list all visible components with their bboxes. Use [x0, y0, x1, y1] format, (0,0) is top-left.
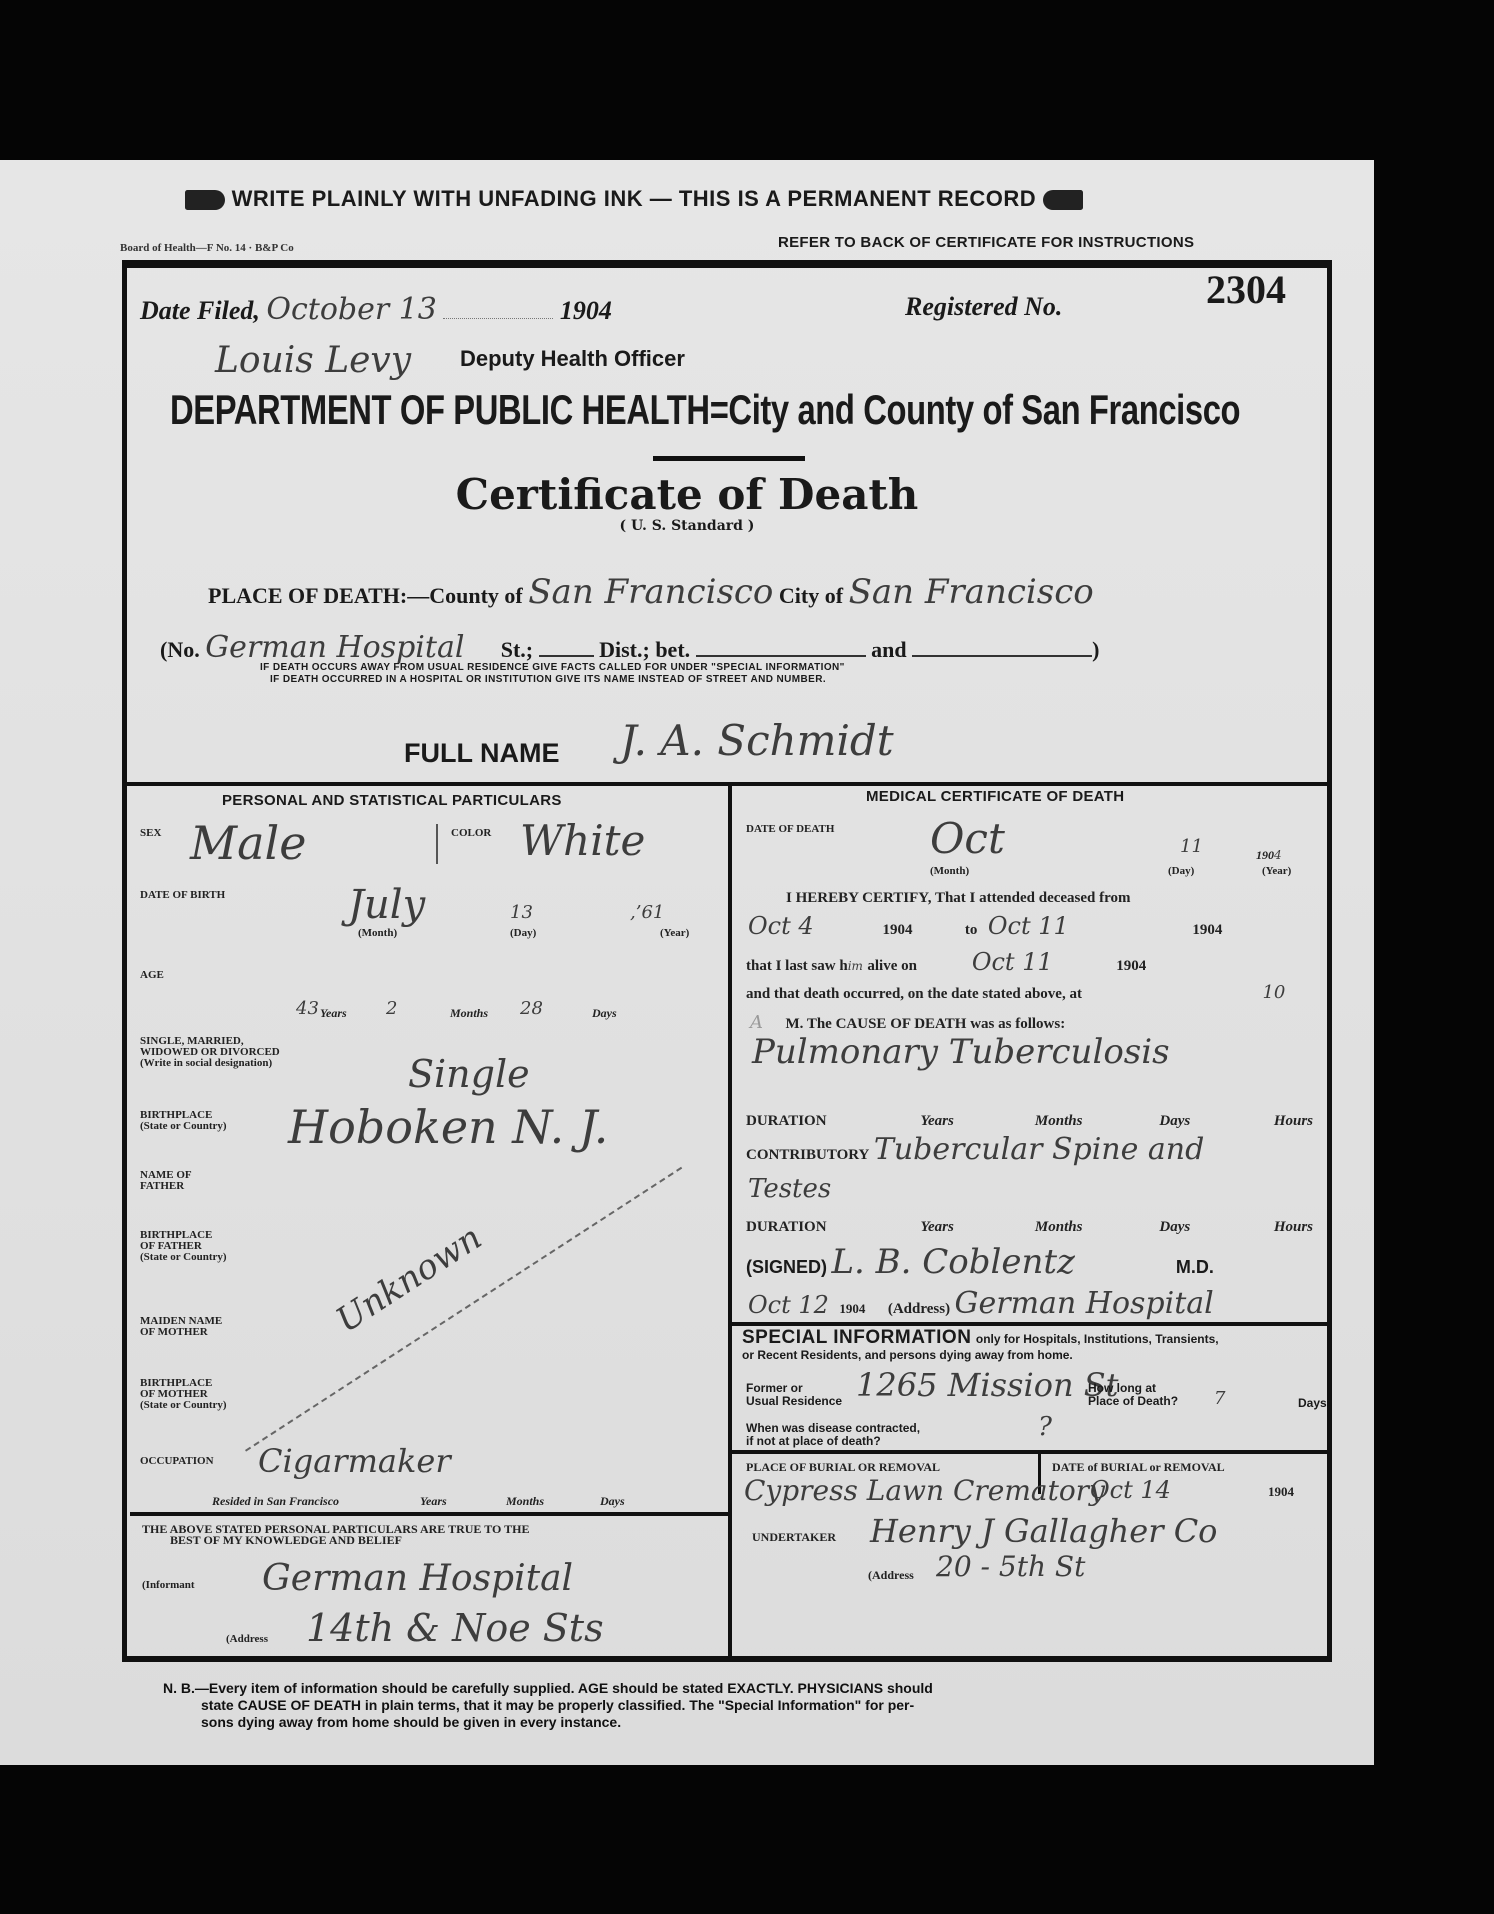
burial-divider — [732, 1450, 1329, 1454]
st-label: St.; — [501, 637, 533, 662]
dod-year-prefix: 190 — [1256, 848, 1274, 862]
father-birthplace-label: BIRTHPLACE OF FATHER (State or Country) — [140, 1230, 227, 1263]
dod-year-caption: (Year) — [1262, 866, 1291, 877]
officer-title: Deputy Health Officer — [460, 346, 685, 372]
contributory-value-1: Tubercular Spine and — [874, 1132, 1204, 1167]
age-days-caption: Days — [592, 1006, 617, 1021]
informant-address: 14th & Noe Sts — [306, 1606, 604, 1650]
dob-month: July — [348, 882, 425, 928]
death-occurred-text: and that death occurred, on the date sta… — [746, 986, 1258, 1003]
place-note-line-1: IF DEATH OCCURS AWAY FROM USUAL RESIDENC… — [260, 662, 845, 674]
special-heading-rest: only for Hospitals, Institutions, Transi… — [976, 1332, 1219, 1346]
to-label: to — [965, 922, 978, 938]
last-saw-label: that I last saw h — [746, 958, 848, 974]
sex-value: Male — [190, 816, 306, 870]
mother-label-2: OF MOTHER — [140, 1327, 222, 1338]
medical-heading: MEDICAL CERTIFICATE OF DEATH — [866, 788, 1124, 805]
burial-year: 1904 — [1268, 1484, 1294, 1500]
undertaker-address-label: (Address — [868, 1570, 914, 1581]
duration-row-2: DURATION Years Months Days Hours — [746, 1218, 1326, 1236]
full-name-value: J. A. Schmidt — [620, 716, 894, 765]
birthplace-label: BIRTHPLACE (State or Country) — [140, 1110, 227, 1132]
month-caption: (Month) — [358, 928, 397, 939]
duration-months: Months — [1035, 1113, 1155, 1130]
full-name-label: FULL NAME — [404, 738, 560, 769]
signed-year: 1904 — [833, 1301, 883, 1316]
age-years-caption: Years — [320, 1006, 347, 1021]
dod-label: DATE OF DEATH — [746, 824, 834, 835]
death-time-line: and that death occurred, on the date sta… — [746, 982, 1326, 1003]
nb-line-1: N. B.—Every item of information should b… — [163, 1680, 1243, 1697]
contributory-label: CONTRIBUTORY — [746, 1147, 869, 1163]
date-filed: Date Filed, October 13 1904 — [140, 292, 612, 327]
informant-address-label: (Address — [226, 1634, 268, 1645]
contributory-value-2: Testes — [748, 1174, 831, 1204]
duration-years-2: Years — [920, 1219, 1030, 1236]
dod-year-suffix: 4 — [1274, 848, 1282, 862]
signed-date: Oct 12 — [748, 1291, 829, 1319]
pointing-hand-icon — [185, 190, 225, 210]
contracted-label: When was disease contracted, if not at p… — [746, 1422, 920, 1448]
place-note: IF DEATH OCCURS AWAY FROM USUAL RESIDENC… — [260, 662, 845, 686]
pointing-hand-icon — [1043, 190, 1083, 210]
attended-dates: Oct 4 1904 to Oct 11 1904 — [748, 912, 1318, 940]
age-days: 28 — [520, 998, 543, 1019]
address-line: (No. German Hospital St.; Dist.; bet. an… — [160, 630, 1099, 665]
duration-label-2: DURATION — [746, 1219, 916, 1236]
father-label-2: FATHER — [140, 1181, 192, 1192]
death-certificate-paper: WRITE PLAINLY WITH UNFADING INK — THIS I… — [0, 160, 1374, 1765]
contributory-line: CONTRIBUTORY Tubercular Spine and — [746, 1132, 1326, 1167]
dob-year: ,’61 — [630, 902, 664, 923]
date-filed-year: 1904 — [560, 296, 612, 325]
how-long-label-2: Place of Death? — [1088, 1395, 1178, 1408]
age-months: 2 — [386, 998, 397, 1019]
registered-no: 2304 — [1206, 266, 1286, 313]
dob-label: DATE OF BIRTH — [140, 890, 225, 901]
date-filed-label: Date Filed, — [140, 296, 260, 325]
mother-birthplace-label: BIRTHPLACE OF MOTHER (State or Country) — [140, 1378, 227, 1411]
marital-label: SINGLE, MARRIED, WIDOWED OR DIVORCED (Wr… — [140, 1036, 280, 1069]
birthplace-value: Hoboken N. J. — [288, 1100, 608, 1154]
bottom-rule — [126, 1656, 1329, 1662]
contracted-value: ? — [1038, 1412, 1052, 1442]
last-saw-year: 1904 — [1116, 958, 1146, 974]
last-saw-date: Oct 11 — [972, 948, 1112, 976]
duration-days: Days — [1159, 1113, 1269, 1130]
marital-label-3: (Write in social designation) — [140, 1058, 280, 1069]
duration-hours-2: Hours — [1274, 1219, 1313, 1235]
dist-label: Dist.; bet. — [599, 637, 690, 662]
day-caption: (Day) — [510, 928, 536, 939]
attended-from-year: 1904 — [882, 922, 960, 939]
physician-address: German Hospital — [955, 1286, 1214, 1321]
nb-note: N. B.—Every item of information should b… — [163, 1680, 1243, 1731]
special-heading-title: SPECIAL INFORMATION — [742, 1327, 971, 1348]
informant-name: German Hospital — [262, 1558, 573, 1599]
signed-date-line: Oct 12 1904 (Address) German Hospital — [748, 1286, 1328, 1321]
physician-address-label: (Address) — [888, 1301, 950, 1317]
undertaker-label: UNDERTAKER — [752, 1532, 836, 1543]
duration-months-2: Months — [1035, 1219, 1155, 1236]
burial-place: Cypress Lawn Crematory — [744, 1474, 1105, 1507]
informant-statement-2: BEST OF MY KNOWLEDGE AND BELIEF — [142, 1535, 529, 1546]
mother-name-label: MAIDEN NAME OF MOTHER — [140, 1316, 222, 1338]
residence-label: Former or Usual Residence — [746, 1382, 842, 1408]
how-long-days: Days — [1298, 1396, 1327, 1410]
last-saw-him: im — [848, 959, 863, 973]
informant-statement: THE ABOVE STATED PERSONAL PARTICULARS AR… — [142, 1524, 529, 1546]
and-label: and — [871, 637, 906, 662]
attended-to: Oct 11 — [982, 912, 1188, 940]
how-long-label: How long at Place of Death? — [1088, 1382, 1178, 1408]
place-of-death-label: PLACE OF DEATH:—County of — [208, 583, 523, 608]
field-divider — [436, 824, 438, 864]
officer-signature: Louis Levy — [215, 340, 411, 381]
cause-value: Pulmonary Tuberculosis — [752, 1032, 1170, 1072]
age-label: AGE — [140, 970, 164, 981]
father-birthplace-label-3: (State or Country) — [140, 1252, 227, 1263]
burial-place-label: PLACE OF BURIAL OR REMOVAL — [746, 1462, 940, 1473]
resided-days: Days — [600, 1494, 625, 1509]
place-note-line-2: IF DEATH OCCURRED IN A HOSPITAL OR INSTI… — [260, 674, 845, 686]
dod-month-caption: (Month) — [930, 866, 969, 877]
department-title: DEPARTMENT OF PUBLIC HEALTH=City and Cou… — [170, 386, 1240, 434]
duration-days-2: Days — [1159, 1219, 1269, 1236]
certify-text: I HEREBY CERTIFY, That I attended deceas… — [786, 890, 1131, 907]
burial-date-label: DATE of BURIAL or REMOVAL — [1052, 1462, 1225, 1473]
informant-divider — [130, 1512, 728, 1516]
father-name-label: NAME OF FATHER — [140, 1170, 192, 1192]
undertaker-value: Henry J Gallagher Co — [870, 1512, 1217, 1550]
special-heading: SPECIAL INFORMATION only for Hospitals, … — [742, 1330, 1332, 1363]
duration-years: Years — [920, 1113, 1030, 1130]
dod-day: 11 — [1180, 836, 1203, 857]
year-caption: (Year) — [660, 928, 689, 939]
certificate-standard: ( U. S. Standard ) — [0, 518, 1374, 534]
meridian: A — [750, 1012, 763, 1033]
color-label: COLOR — [451, 828, 491, 839]
informant-label: (Informant — [142, 1580, 195, 1591]
marital-value: Single — [408, 1052, 530, 1096]
age-years: 43 — [296, 998, 319, 1019]
dod-year: 1904 — [1256, 848, 1282, 863]
special-divider — [732, 1322, 1329, 1326]
date-filed-value: October 13 — [266, 292, 437, 327]
burial-date: Oct 14 — [1090, 1476, 1171, 1504]
resided-label: Resided in San Francisco — [212, 1494, 339, 1509]
duration-row-1: DURATION Years Months Days Hours — [746, 1112, 1326, 1130]
residence-label-2: Usual Residence — [746, 1395, 842, 1408]
attended-to-year: 1904 — [1192, 922, 1222, 938]
birthplace-label-2: (State or Country) — [140, 1121, 227, 1132]
sex-label: SEX — [140, 828, 161, 839]
city-value: San Francisco — [849, 572, 1094, 612]
title-rule — [653, 456, 805, 461]
duration-hours: Hours — [1274, 1113, 1313, 1129]
nb-line-3: sons dying away from home should be give… — [163, 1714, 1243, 1731]
certificate-title: Certificate of Death — [0, 470, 1374, 519]
age-months-caption: Months — [450, 1006, 488, 1021]
undertaker-address: 20 - 5th St — [936, 1550, 1085, 1583]
resided-years: Years — [420, 1494, 447, 1509]
registered-no-label: Registered No. — [905, 292, 1062, 322]
death-time: 10 — [1262, 982, 1285, 1003]
city-label: City of — [779, 583, 843, 608]
nb-line-2: state CAUSE OF DEATH in plain terms, tha… — [163, 1697, 1243, 1714]
duration-label: DURATION — [746, 1113, 916, 1130]
signed-line: (SIGNED) L. B. Coblentz M.D. — [746, 1242, 1326, 1282]
mother-birthplace-label-3: (State or Country) — [140, 1400, 227, 1411]
county-value: San Francisco — [528, 572, 773, 612]
cause-label: M. The CAUSE OF DEATH was as follows: — [767, 1016, 1065, 1032]
no-label: (No. — [160, 637, 200, 662]
dod-month: Oct — [930, 814, 1005, 863]
cause-line: A M. The CAUSE OF DEATH was as follows: — [750, 1012, 1065, 1033]
md-label: M.D. — [1176, 1257, 1214, 1277]
color-value: White — [520, 816, 645, 865]
top-notice: WRITE PLAINLY WITH UNFADING INK — THIS I… — [185, 186, 1083, 212]
personal-heading: PERSONAL AND STATISTICAL PARTICULARS — [222, 792, 562, 809]
residence-value: 1265 Mission St — [856, 1366, 1119, 1404]
physician-signature: L. B. Coblentz — [831, 1242, 1171, 1282]
occupation-value: Cigarmaker — [258, 1442, 451, 1480]
special-heading-line-2: or Recent Residents, and persons dying a… — [742, 1347, 1332, 1363]
last-saw-line: that I last saw him alive on Oct 11 1904 — [746, 948, 1326, 976]
alive-on-label: alive on — [867, 958, 967, 975]
dod-day-caption: (Day) — [1168, 866, 1194, 877]
occupation-label: OCCUPATION — [140, 1456, 214, 1467]
place-of-death: PLACE OF DEATH:—County of San Francisco … — [208, 572, 1094, 612]
signed-label: (SIGNED) — [746, 1257, 827, 1277]
resided-months: Months — [506, 1494, 544, 1509]
contracted-label-2: if not at place of death? — [746, 1435, 920, 1448]
place-no-value: German Hospital — [205, 630, 495, 665]
attended-from: Oct 4 — [748, 912, 878, 940]
refer-notice: REFER TO BACK OF CERTIFICATE FOR INSTRUC… — [778, 234, 1194, 251]
board-of-health-line: Board of Health—F No. 14 · B&P Co — [120, 242, 294, 254]
top-notice-text: WRITE PLAINLY WITH UNFADING INK — THIS I… — [232, 186, 1037, 211]
how-long-value: 7 — [1214, 1388, 1225, 1409]
column-divider — [728, 782, 732, 1658]
dob-day: 13 — [510, 902, 533, 923]
